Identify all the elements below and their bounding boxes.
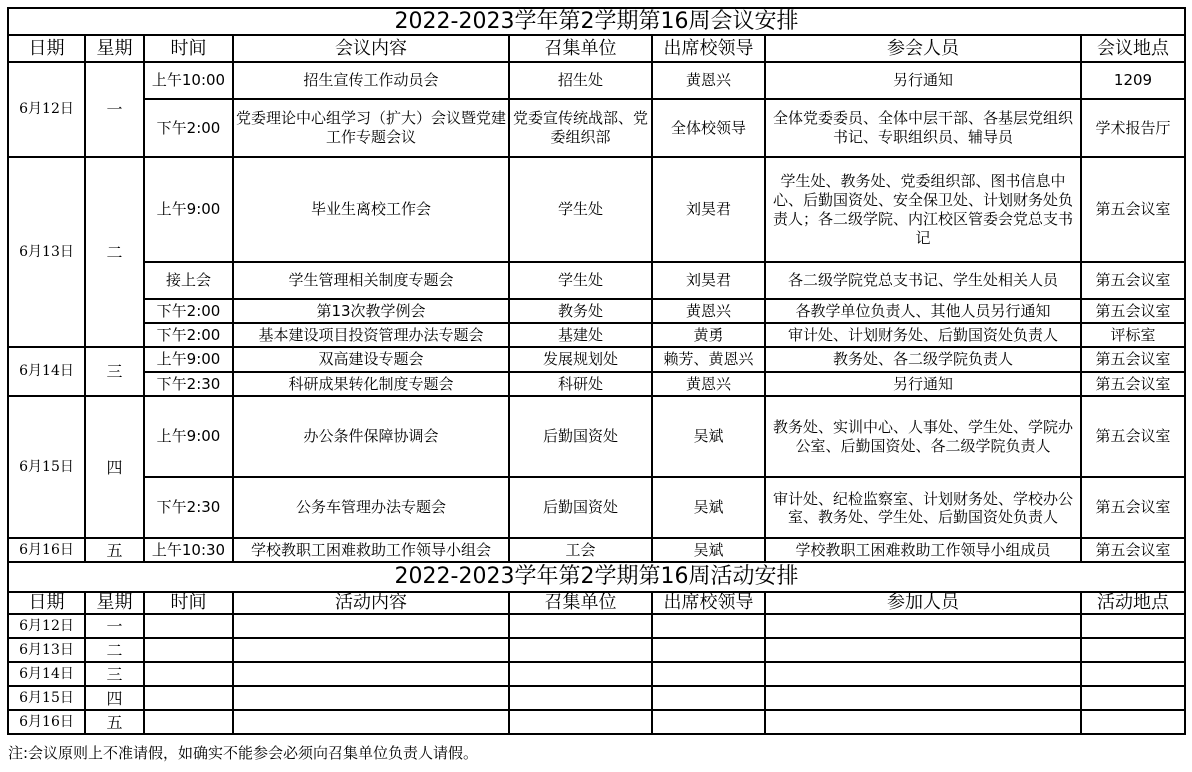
table-row: 接上会 学生管理相关制度专题会 学生处 刘昊君 各二级学院党总支书记、学生处相关… bbox=[8, 262, 1185, 299]
location-cell: 第五会议室 bbox=[1081, 372, 1185, 396]
organizer-cell bbox=[509, 710, 652, 734]
table-row: 6月16日 五 上午10:30 学校教职工困难救助工作领导小组会 工会 吴斌 学… bbox=[8, 538, 1185, 562]
leader-cell bbox=[652, 710, 765, 734]
location-cell: 第五会议室 bbox=[1081, 347, 1185, 372]
content-cell: 学生管理相关制度专题会 bbox=[233, 262, 509, 299]
content-cell bbox=[233, 638, 509, 662]
weekday-cell: 一 bbox=[85, 62, 144, 157]
date-cell: 6月13日 bbox=[8, 157, 85, 347]
table-row: 下午2:00 基本建设项目投资管理办法专题会 基建处 黄勇 审计处、计划财务处、… bbox=[8, 323, 1185, 347]
location-cell: 1209 bbox=[1081, 62, 1185, 99]
content-cell: 党委理论中心组学习（扩大）会议暨党建工作专题会议 bbox=[233, 99, 509, 157]
attendees-cell: 审计处、计划财务处、后勤国资处负责人 bbox=[765, 323, 1081, 347]
content-cell: 招生宣传工作动员会 bbox=[233, 62, 509, 99]
leader-cell: 赖芳、黄恩兴 bbox=[652, 347, 765, 372]
activity-title: 2022-2023学年第2学期第16周活动安排 bbox=[8, 562, 1185, 592]
leader-cell: 吴斌 bbox=[652, 538, 765, 562]
organizer-cell: 学生处 bbox=[509, 262, 652, 299]
date-cell: 6月14日 bbox=[8, 662, 85, 686]
header-attendees: 参会人员 bbox=[765, 35, 1081, 62]
weekday-cell: 三 bbox=[85, 347, 144, 396]
content-cell: 双高建设专题会 bbox=[233, 347, 509, 372]
activity-schedule-table: 2022-2023学年第2学期第16周活动安排 日期 星期 时间 活动内容 召集… bbox=[7, 561, 1186, 735]
leader-cell: 吴斌 bbox=[652, 396, 765, 477]
time-cell: 接上会 bbox=[144, 262, 233, 299]
time-cell bbox=[144, 710, 233, 734]
location-cell bbox=[1081, 638, 1185, 662]
time-cell bbox=[144, 638, 233, 662]
location-cell bbox=[1081, 614, 1185, 638]
header-organizer: 召集单位 bbox=[509, 35, 652, 62]
table-row: 6月14日 三 上午9:00 双高建设专题会 发展规划处 赖芳、黄恩兴 教务处、… bbox=[8, 347, 1185, 372]
date-cell: 6月16日 bbox=[8, 538, 85, 562]
leader-cell: 黄勇 bbox=[652, 323, 765, 347]
organizer-cell: 发展规划处 bbox=[509, 347, 652, 372]
weekday-cell: 三 bbox=[85, 662, 144, 686]
content-cell bbox=[233, 710, 509, 734]
content-cell: 办公条件保障协调会 bbox=[233, 396, 509, 477]
meeting-title: 2022-2023学年第2学期第16周会议安排 bbox=[8, 8, 1185, 35]
leader-cell: 刘昊君 bbox=[652, 157, 765, 262]
leader-cell: 黄恩兴 bbox=[652, 62, 765, 99]
date-cell: 6月15日 bbox=[8, 686, 85, 710]
table-row: 6月13日 二 bbox=[8, 638, 1185, 662]
attendees-cell: 另行通知 bbox=[765, 62, 1081, 99]
header-location: 会议地点 bbox=[1081, 35, 1185, 62]
organizer-cell: 科研处 bbox=[509, 372, 652, 396]
organizer-cell: 后勤国资处 bbox=[509, 477, 652, 538]
table-row: 6月16日 五 bbox=[8, 710, 1185, 734]
date-cell: 6月15日 bbox=[8, 396, 85, 538]
organizer-cell: 后勤国资处 bbox=[509, 396, 652, 477]
attendees-cell: 全体党委委员、全体中层干部、各基层党组织书记、专职组织员、辅导员 bbox=[765, 99, 1081, 157]
leader-cell: 黄恩兴 bbox=[652, 372, 765, 396]
organizer-cell bbox=[509, 686, 652, 710]
location-cell: 第五会议室 bbox=[1081, 262, 1185, 299]
attendees-cell: 各教学单位负责人、其他人员另行通知 bbox=[765, 299, 1081, 323]
location-cell: 评标室 bbox=[1081, 323, 1185, 347]
attendees-cell bbox=[765, 710, 1081, 734]
activity-header-row: 日期 星期 时间 活动内容 召集单位 出席校领导 参加人员 活动地点 bbox=[8, 592, 1185, 614]
header-attendees: 参加人员 bbox=[765, 592, 1081, 614]
meeting-schedule-table: 2022-2023学年第2学期第16周会议安排 日期 星期 时间 会议内容 召集… bbox=[7, 7, 1186, 563]
leader-cell bbox=[652, 662, 765, 686]
header-time: 时间 bbox=[144, 592, 233, 614]
location-cell bbox=[1081, 662, 1185, 686]
date-cell: 6月13日 bbox=[8, 638, 85, 662]
organizer-cell: 学生处 bbox=[509, 157, 652, 262]
weekday-cell: 五 bbox=[85, 538, 144, 562]
time-cell: 下午2:00 bbox=[144, 299, 233, 323]
time-cell: 下午2:00 bbox=[144, 323, 233, 347]
organizer-cell bbox=[509, 614, 652, 638]
organizer-cell bbox=[509, 662, 652, 686]
header-location: 活动地点 bbox=[1081, 592, 1185, 614]
leader-cell: 全体校领导 bbox=[652, 99, 765, 157]
weekday-cell: 二 bbox=[85, 638, 144, 662]
table-row: 6月12日 一 bbox=[8, 614, 1185, 638]
date-cell: 6月12日 bbox=[8, 614, 85, 638]
weekday-cell: 四 bbox=[85, 396, 144, 538]
weekday-cell: 二 bbox=[85, 157, 144, 347]
time-cell: 下午2:00 bbox=[144, 99, 233, 157]
time-cell: 下午2:30 bbox=[144, 477, 233, 538]
table-row: 6月13日 二 上午9:00 毕业生离校工作会 学生处 刘昊君 学生处、教务处、… bbox=[8, 157, 1185, 262]
location-cell: 第五会议室 bbox=[1081, 299, 1185, 323]
time-cell: 上午9:00 bbox=[144, 157, 233, 262]
organizer-cell: 基建处 bbox=[509, 323, 652, 347]
time-cell bbox=[144, 614, 233, 638]
content-cell bbox=[233, 614, 509, 638]
attendees-cell bbox=[765, 638, 1081, 662]
location-cell: 学术报告厅 bbox=[1081, 99, 1185, 157]
content-cell: 公务车管理办法专题会 bbox=[233, 477, 509, 538]
date-cell: 6月14日 bbox=[8, 347, 85, 396]
header-leader: 出席校领导 bbox=[652, 35, 765, 62]
weekday-cell: 四 bbox=[85, 686, 144, 710]
location-cell: 第五会议室 bbox=[1081, 157, 1185, 262]
header-weekday: 星期 bbox=[85, 35, 144, 62]
date-cell: 6月16日 bbox=[8, 710, 85, 734]
time-cell: 上午9:00 bbox=[144, 347, 233, 372]
content-cell: 第13次教学例会 bbox=[233, 299, 509, 323]
date-cell: 6月12日 bbox=[8, 62, 85, 157]
content-cell: 学校教职工困难救助工作领导小组会 bbox=[233, 538, 509, 562]
location-cell: 第五会议室 bbox=[1081, 538, 1185, 562]
header-weekday: 星期 bbox=[85, 592, 144, 614]
content-cell bbox=[233, 686, 509, 710]
location-cell bbox=[1081, 686, 1185, 710]
table-row: 下午2:00 第13次教学例会 教务处 黄恩兴 各教学单位负责人、其他人员另行通… bbox=[8, 299, 1185, 323]
time-cell: 上午10:00 bbox=[144, 62, 233, 99]
location-cell bbox=[1081, 710, 1185, 734]
attendees-cell: 学校教职工困难救助工作领导小组成员 bbox=[765, 538, 1081, 562]
organizer-cell: 教务处 bbox=[509, 299, 652, 323]
leader-cell bbox=[652, 614, 765, 638]
organizer-cell: 招生处 bbox=[509, 62, 652, 99]
time-cell: 上午10:30 bbox=[144, 538, 233, 562]
table-row: 6月14日 三 bbox=[8, 662, 1185, 686]
leader-cell: 吴斌 bbox=[652, 477, 765, 538]
organizer-cell: 工会 bbox=[509, 538, 652, 562]
location-cell: 第五会议室 bbox=[1081, 396, 1185, 477]
header-time: 时间 bbox=[144, 35, 233, 62]
content-cell: 科研成果转化制度专题会 bbox=[233, 372, 509, 396]
table-row: 6月15日 四 bbox=[8, 686, 1185, 710]
table-row: 下午2:30 公务车管理办法专题会 后勤国资处 吴斌 审计处、纪检监察室、计划财… bbox=[8, 477, 1185, 538]
header-organizer: 召集单位 bbox=[509, 592, 652, 614]
attendees-cell: 教务处、各二级学院负责人 bbox=[765, 347, 1081, 372]
header-leader: 出席校领导 bbox=[652, 592, 765, 614]
table-row: 下午2:30 科研成果转化制度专题会 科研处 黄恩兴 另行通知 第五会议室 bbox=[8, 372, 1185, 396]
content-cell: 基本建设项目投资管理办法专题会 bbox=[233, 323, 509, 347]
time-cell bbox=[144, 662, 233, 686]
header-date: 日期 bbox=[8, 592, 85, 614]
attendees-cell: 学生处、教务处、党委组织部、图书信息中心、后勤国资处、安全保卫处、计划财务处负责… bbox=[765, 157, 1081, 262]
leader-cell bbox=[652, 686, 765, 710]
meeting-header-row: 日期 星期 时间 会议内容 召集单位 出席校领导 参会人员 会议地点 bbox=[8, 35, 1185, 62]
content-cell bbox=[233, 662, 509, 686]
attendees-cell: 教务处、实训中心、人事处、学生处、学院办公室、后勤国资处、各二级学院负责人 bbox=[765, 396, 1081, 477]
table-row: 下午2:00 党委理论中心组学习（扩大）会议暨党建工作专题会议 党委宣传统战部、… bbox=[8, 99, 1185, 157]
organizer-cell: 党委宣传统战部、党委组织部 bbox=[509, 99, 652, 157]
table-row: 6月15日 四 上午9:00 办公条件保障协调会 后勤国资处 吴斌 教务处、实训… bbox=[8, 396, 1185, 477]
footnote: 注:会议原则上不准请假，如确实不能参会必须向召集单位负责人请假。 bbox=[8, 742, 478, 763]
leader-cell bbox=[652, 638, 765, 662]
organizer-cell bbox=[509, 638, 652, 662]
attendees-cell bbox=[765, 686, 1081, 710]
time-cell: 上午9:00 bbox=[144, 396, 233, 477]
weekday-cell: 一 bbox=[85, 614, 144, 638]
header-content: 会议内容 bbox=[233, 35, 509, 62]
attendees-cell: 另行通知 bbox=[765, 372, 1081, 396]
attendees-cell: 各二级学院党总支书记、学生处相关人员 bbox=[765, 262, 1081, 299]
table-row: 6月12日 一 上午10:00 招生宣传工作动员会 招生处 黄恩兴 另行通知 1… bbox=[8, 62, 1185, 99]
time-cell bbox=[144, 686, 233, 710]
attendees-cell bbox=[765, 614, 1081, 638]
attendees-cell: 审计处、纪检监察室、计划财务处、学校办公室、教务处、学生处、后勤国资处负责人 bbox=[765, 477, 1081, 538]
leader-cell: 黄恩兴 bbox=[652, 299, 765, 323]
location-cell: 第五会议室 bbox=[1081, 477, 1185, 538]
header-date: 日期 bbox=[8, 35, 85, 62]
attendees-cell bbox=[765, 662, 1081, 686]
header-content: 活动内容 bbox=[233, 592, 509, 614]
weekday-cell: 五 bbox=[85, 710, 144, 734]
leader-cell: 刘昊君 bbox=[652, 262, 765, 299]
time-cell: 下午2:30 bbox=[144, 372, 233, 396]
content-cell: 毕业生离校工作会 bbox=[233, 157, 509, 262]
